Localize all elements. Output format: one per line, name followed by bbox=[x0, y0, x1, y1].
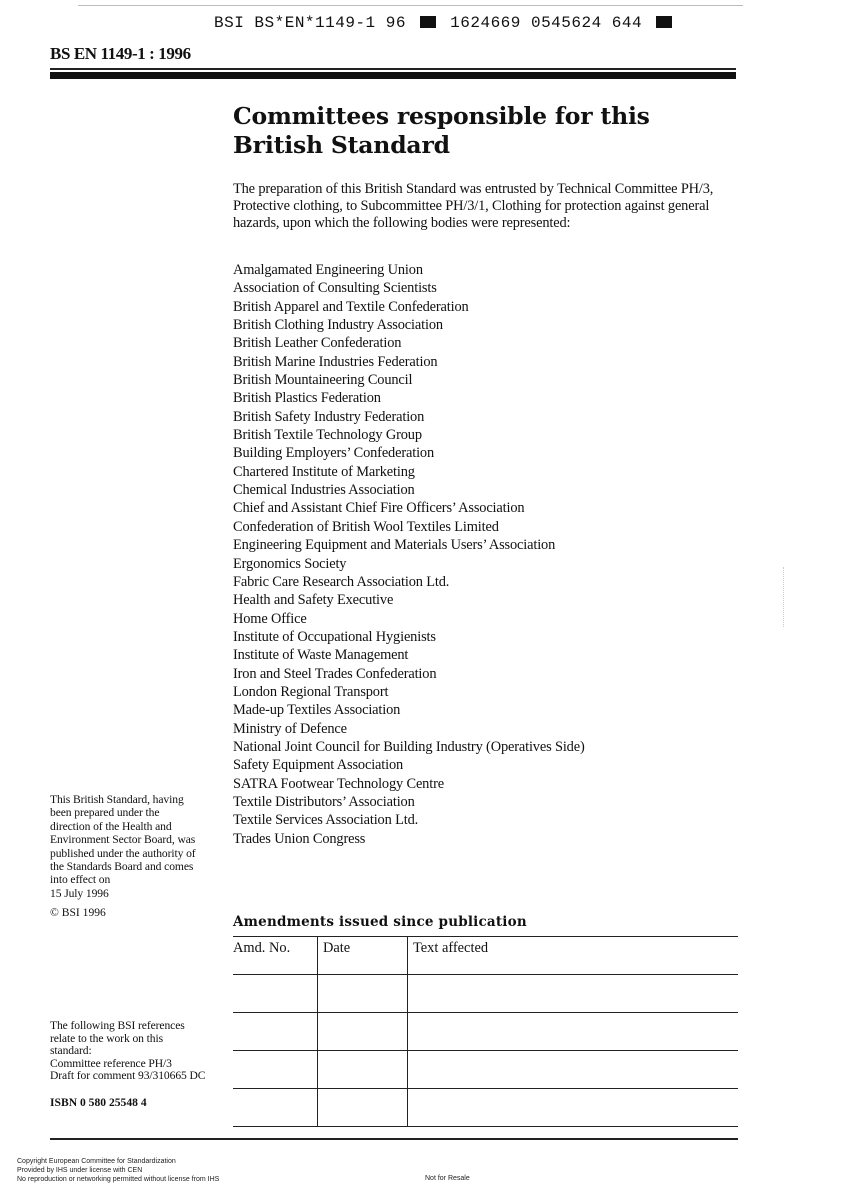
represented-body: British Clothing Industry Association bbox=[233, 316, 585, 334]
amendment-cell bbox=[318, 1013, 408, 1051]
scan-code-segment-2: 1624669 0545624 644 bbox=[450, 14, 642, 32]
represented-body: British Plastics Federation bbox=[233, 389, 585, 407]
amendment-row bbox=[233, 1013, 738, 1051]
amendment-cell bbox=[408, 975, 739, 1013]
amendments-table: Amd. No. Date Text affected bbox=[233, 936, 738, 1127]
amendment-cell bbox=[408, 1051, 739, 1089]
represented-body: Engineering Equipment and Materials User… bbox=[233, 536, 585, 554]
represented-body: Chartered Institute of Marketing bbox=[233, 463, 585, 481]
represented-body: Health and Safety Executive bbox=[233, 591, 585, 609]
amendment-cell bbox=[318, 975, 408, 1013]
reference-line: standard: bbox=[50, 1044, 92, 1057]
represented-body: Building Employers’ Confederation bbox=[233, 444, 585, 462]
publication-note-line: been prepared under the bbox=[50, 806, 159, 819]
not-for-resale-label: Not for Resale bbox=[425, 1175, 470, 1182]
bsi-references: The following BSI referencesrelate to th… bbox=[50, 1020, 225, 1083]
footer-line-1: Copyright European Committee for Standar… bbox=[17, 1158, 176, 1165]
scan-artifact-dots bbox=[783, 567, 786, 627]
represented-body: Textile Services Association Ltd. bbox=[233, 811, 585, 829]
reference-line: The following BSI references bbox=[50, 1020, 185, 1032]
publication-note-line: Environment Sector Board, was bbox=[50, 833, 195, 846]
isbn: ISBN 0 580 25548 4 bbox=[50, 1096, 147, 1109]
represented-body: Made-up Textiles Association bbox=[233, 701, 585, 719]
amendment-row bbox=[233, 975, 738, 1013]
publication-note-line: This British Standard, having bbox=[50, 793, 184, 806]
represented-body: British Leather Confederation bbox=[233, 334, 585, 352]
publication-note-line: into effect on bbox=[50, 873, 110, 886]
represented-body: British Safety Industry Federation bbox=[233, 408, 585, 426]
scan-block-marker bbox=[656, 16, 672, 28]
column-amd-no: Amd. No. bbox=[233, 937, 318, 975]
copyright-notice: © BSI 1996 bbox=[50, 906, 106, 919]
represented-body: Chief and Assistant Chief Fire Officers’… bbox=[233, 499, 585, 517]
scan-header-code: BSI BS*EN*1149-1 96 1624669 0545624 644 bbox=[214, 14, 676, 32]
publication-note-line: published under the authority of bbox=[50, 847, 196, 860]
column-date: Date bbox=[318, 937, 408, 975]
scan-block-marker bbox=[420, 16, 436, 28]
represented-body: Institute of Waste Management bbox=[233, 646, 585, 664]
scan-code-segment-1: BSI BS*EN*1149-1 96 bbox=[214, 14, 406, 32]
represented-body: Institute of Occupational Hygienists bbox=[233, 628, 585, 646]
represented-body: Fabric Care Research Association Ltd. bbox=[233, 573, 585, 591]
represented-body: London Regional Transport bbox=[233, 683, 585, 701]
represented-body: Chemical Industries Association bbox=[233, 481, 585, 499]
represented-body: Ministry of Defence bbox=[233, 720, 585, 738]
amendment-cell bbox=[233, 1089, 318, 1127]
represented-body: National Joint Council for Building Indu… bbox=[233, 738, 585, 756]
footer-line-3: No reproduction or networking permitted … bbox=[17, 1176, 219, 1183]
represented-bodies-list: Amalgamated Engineering UnionAssociation… bbox=[233, 261, 585, 848]
amendments-title: Amendments issued since publication bbox=[233, 914, 527, 930]
document-id: BS EN 1149-1 : 1996 bbox=[50, 44, 191, 64]
amendment-cell bbox=[408, 1013, 739, 1051]
represented-body: Association of Consulting Scientists bbox=[233, 279, 585, 297]
title-line-1: Committees responsible for this bbox=[233, 102, 650, 130]
represented-body: British Apparel and Textile Confederatio… bbox=[233, 298, 585, 316]
amendment-cell bbox=[318, 1051, 408, 1089]
header-rule-thick bbox=[50, 72, 736, 79]
amendment-row bbox=[233, 1089, 738, 1127]
publication-note: This British Standard, havingbeen prepar… bbox=[50, 793, 220, 900]
represented-body: Ergonomics Society bbox=[233, 555, 585, 573]
amendment-cell bbox=[318, 1089, 408, 1127]
amendment-row bbox=[233, 1051, 738, 1089]
amendment-cell bbox=[233, 1051, 318, 1089]
scan-artifact-line bbox=[78, 5, 743, 6]
footer-rule bbox=[50, 1138, 738, 1140]
title-line-2: British Standard bbox=[233, 131, 450, 159]
represented-body: Trades Union Congress bbox=[233, 830, 585, 848]
represented-body: British Marine Industries Federation bbox=[233, 353, 585, 371]
amendment-cell bbox=[233, 975, 318, 1013]
reference-line: relate to the work on this bbox=[50, 1032, 163, 1045]
represented-body: Amalgamated Engineering Union bbox=[233, 261, 585, 279]
represented-body: Iron and Steel Trades Confederation bbox=[233, 665, 585, 683]
represented-body: Textile Distributors’ Association bbox=[233, 793, 585, 811]
publication-note-line: 15 July 1996 bbox=[50, 887, 109, 900]
header-rule-thin bbox=[50, 68, 736, 70]
reference-line: Committee reference PH/3 bbox=[50, 1057, 172, 1070]
page-title: Committees responsible for this British … bbox=[233, 102, 650, 160]
represented-body: Confederation of British Wool Textiles L… bbox=[233, 518, 585, 536]
publication-note-line: direction of the Health and bbox=[50, 820, 172, 833]
footer-line-2: Provided by IHS under license with CEN bbox=[17, 1167, 142, 1174]
represented-body: SATRA Footwear Technology Centre bbox=[233, 775, 585, 793]
represented-body: British Mountaineering Council bbox=[233, 371, 585, 389]
intro-paragraph: The preparation of this British Standard… bbox=[233, 181, 733, 232]
represented-body: British Textile Technology Group bbox=[233, 426, 585, 444]
represented-body: Safety Equipment Association bbox=[233, 756, 585, 774]
reference-line: Draft for comment 93/310665 DC bbox=[50, 1069, 205, 1082]
publication-note-line: the Standards Board and comes bbox=[50, 860, 193, 873]
amendment-cell bbox=[408, 1089, 739, 1127]
represented-body: Home Office bbox=[233, 610, 585, 628]
amendments-header-row: Amd. No. Date Text affected bbox=[233, 937, 738, 975]
column-text-affected: Text affected bbox=[408, 937, 739, 975]
amendment-cell bbox=[233, 1013, 318, 1051]
license-footer: Copyright European Committee for Standar… bbox=[17, 1157, 219, 1184]
